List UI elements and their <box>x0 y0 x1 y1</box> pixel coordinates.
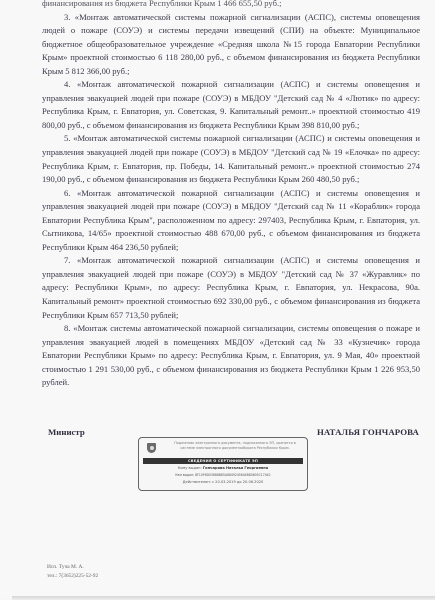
list-item-7: 7. «Монтаж автоматической пожарной сигна… <box>42 254 420 322</box>
crimea-coat-of-arms-icon <box>147 443 156 453</box>
executor-footer: Исп. Туча М. А. тел.: 7(3652)225-52-92 <box>47 563 98 580</box>
stamp-note: Подлинник электронного документа, подпис… <box>169 441 301 450</box>
electronic-signature-stamp: Подлинник электронного документа, подпис… <box>138 437 308 491</box>
executor-name: Исп. Туча М. А. <box>47 563 98 572</box>
document-body: финансирования из бюджета Республики Кры… <box>42 0 420 390</box>
signatory-name: НАТАЛЬЯ ГОНЧАРОВА <box>317 427 419 437</box>
stamp-issued-to: Кому выдан: Гончарова Наталья Георгиевна <box>143 466 303 470</box>
list-item-8: 8. «Монтаж системы автоматической пожарн… <box>42 322 420 390</box>
list-item-6: 6. «Монтаж автоматической пожарной сигна… <box>42 187 420 255</box>
stamp-header: СВЕДЕНИЯ О СЕРТИФИКАТЕ ЭП <box>143 458 303 464</box>
paragraph-continuation: финансирования из бюджета Республики Кры… <box>42 0 420 11</box>
stamp-validity: Действителен: с 20.03.2019 до 20.06.2020 <box>143 480 303 484</box>
page-edge-shadow <box>12 596 435 600</box>
document-page: финансирования из бюджета Республики Кры… <box>0 0 435 598</box>
signatory-position: Министр <box>48 427 85 437</box>
list-item-5: 5. «Монтаж автоматической системы пожарн… <box>42 132 420 186</box>
list-item-4: 4. «Монтаж автоматической пожарной сигна… <box>42 78 420 132</box>
executor-phone: тел.: 7(3652)225-52-92 <box>47 572 98 581</box>
list-item-3: 3. «Монтаж автоматической системы пожарн… <box>42 11 420 79</box>
stamp-issuer: Кем выдан: 8F10F6D03688B85A6849245644B80… <box>143 473 303 477</box>
